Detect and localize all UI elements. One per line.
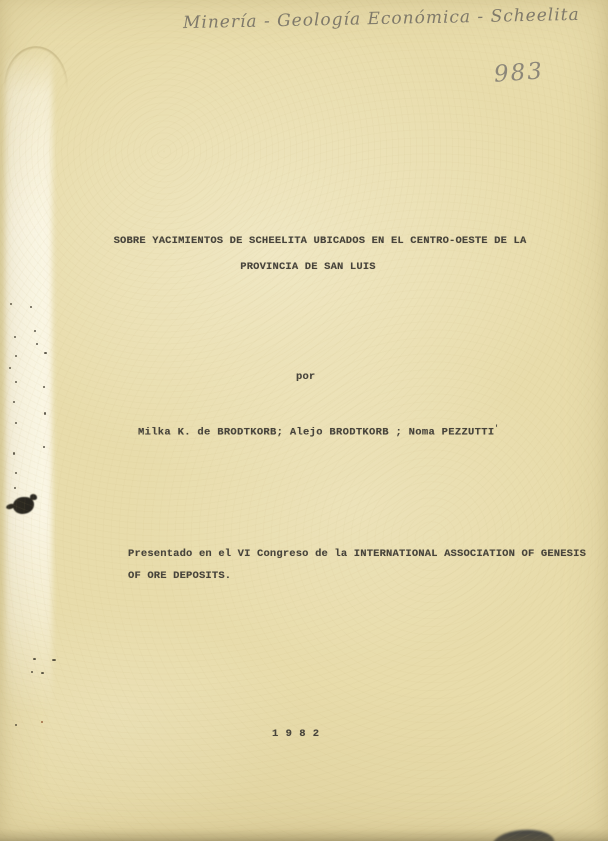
paper-speck bbox=[41, 672, 44, 674]
presentation-note-line-1: Presentado en el VI Congreso de la INTER… bbox=[128, 549, 586, 560]
paper-speck bbox=[9, 367, 11, 369]
paper-speck bbox=[15, 355, 17, 357]
byline-por: por bbox=[296, 372, 315, 383]
paper-speck bbox=[15, 724, 17, 726]
paper-speck bbox=[43, 386, 45, 388]
paper-grain-texture bbox=[0, 0, 608, 841]
paper-speck bbox=[15, 422, 17, 424]
document-title-line-2: PROVINCIA DE SAN LUIS bbox=[240, 262, 375, 273]
paper-speck bbox=[15, 381, 17, 383]
document-title-line-1: SOBRE YACIMIENTOS DE SCHEELITA UBICADOS … bbox=[114, 236, 527, 247]
scanned-title-page: Minería - Geología Económica - Scheelita… bbox=[0, 0, 608, 841]
faint-stamp-ring bbox=[4, 46, 68, 126]
publication-year: 1 9 8 2 bbox=[272, 729, 320, 740]
page-bottom-shadow bbox=[0, 829, 608, 841]
paper-speck bbox=[34, 330, 36, 332]
binding-tape-strip bbox=[5, 48, 52, 713]
scan-vignette bbox=[0, 0, 608, 841]
handwritten-subject-note: Minería - Geología Económica - Scheelita bbox=[183, 5, 580, 33]
paper-speck bbox=[36, 343, 38, 345]
presentation-note-line-2: OF ORE DEPOSITS. bbox=[128, 571, 231, 582]
paper-speck bbox=[14, 487, 16, 489]
paper-speck bbox=[15, 472, 17, 474]
paper-speck bbox=[52, 659, 56, 661]
paper-speck bbox=[13, 452, 15, 455]
paper-speck bbox=[14, 336, 16, 338]
paper-speck bbox=[30, 306, 32, 308]
authors-text: Milka K. de BRODTKORB; Alejo BRODTKORB ;… bbox=[138, 427, 494, 439]
authors-line: Milka K. de BRODTKORB; Alejo BRODTKORB ;… bbox=[138, 426, 499, 438]
authors-footnote-mark: ' bbox=[494, 425, 498, 433]
paper-speck bbox=[33, 658, 36, 660]
paper-speck bbox=[10, 303, 12, 305]
paper-speck bbox=[44, 412, 46, 415]
paper-speck bbox=[13, 401, 15, 403]
paper-speck bbox=[31, 671, 33, 673]
handwritten-page-number: 983 bbox=[493, 58, 545, 87]
paper-speck bbox=[43, 446, 45, 448]
paper-speck bbox=[41, 721, 43, 723]
paper-speck bbox=[44, 352, 47, 354]
